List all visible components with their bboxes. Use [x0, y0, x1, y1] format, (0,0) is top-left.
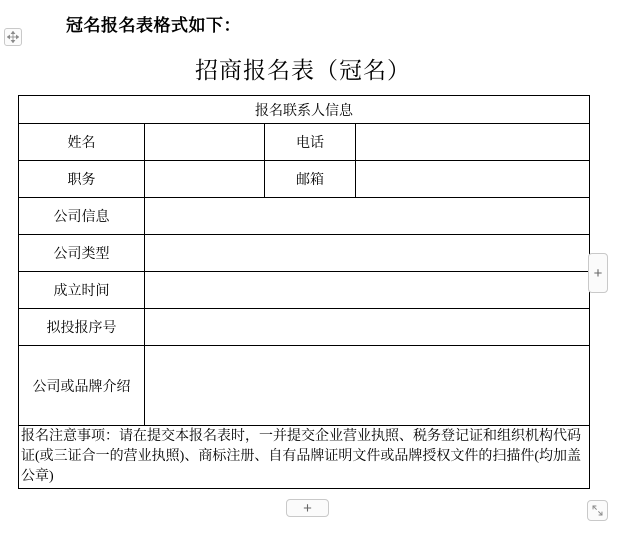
- table-row-section-header: 报名联系人信息: [19, 96, 590, 124]
- table-row-detail: 公司类型: [19, 235, 590, 272]
- input-cell-bid-number[interactable]: [145, 309, 590, 346]
- table-drag-handle[interactable]: [4, 28, 22, 46]
- label-cell-phone[interactable]: 电话: [265, 124, 356, 161]
- table-row-contact: 职务 邮箱: [19, 161, 590, 198]
- input-cell-company-info[interactable]: [145, 198, 590, 235]
- plus-icon: +: [594, 265, 603, 282]
- move-icon: [7, 31, 19, 43]
- table-row-detail: 拟投报序号: [19, 309, 590, 346]
- editor-canvas: 冠名报名表格式如下： 招商报名表（冠名） 报名联系人信息 姓名 电话 职务 邮箱: [0, 0, 627, 536]
- table-row-detail: 成立时间: [19, 272, 590, 309]
- input-cell-email[interactable]: [356, 161, 590, 198]
- label-cell-founding-date[interactable]: 成立时间: [19, 272, 145, 309]
- label-cell-name[interactable]: 姓名: [19, 124, 145, 161]
- table-row-note: 报名注意事项：请在提交本报名表时，一并提交企业营业执照、税务登记证和组织机构代码…: [19, 426, 590, 489]
- input-cell-name[interactable]: [145, 124, 265, 161]
- label-cell-company-brand-intro[interactable]: 公司或品牌介绍: [19, 346, 145, 426]
- label-cell-company-type[interactable]: 公司类型: [19, 235, 145, 272]
- add-row-button[interactable]: +: [286, 499, 329, 517]
- input-cell-phone[interactable]: [356, 124, 590, 161]
- label-cell-position[interactable]: 职务: [19, 161, 145, 198]
- table-resize-handle[interactable]: [587, 500, 608, 521]
- label-cell-company-info[interactable]: 公司信息: [19, 198, 145, 235]
- plus-icon: +: [303, 500, 312, 517]
- resize-icon: [591, 504, 604, 517]
- label-cell-bid-number[interactable]: 拟投报序号: [19, 309, 145, 346]
- form-title: 招商报名表（冠名）: [18, 52, 588, 85]
- table-row-detail: 公司信息: [19, 198, 590, 235]
- input-cell-position[interactable]: [145, 161, 265, 198]
- label-cell-email[interactable]: 邮箱: [265, 161, 356, 198]
- header-cell-contact-info[interactable]: 报名联系人信息: [19, 96, 590, 124]
- add-column-button[interactable]: +: [588, 253, 608, 293]
- input-cell-company-brand-intro[interactable]: [145, 346, 590, 426]
- note-cell[interactable]: 报名注意事项：请在提交本报名表时，一并提交企业营业执照、税务登记证和组织机构代码…: [19, 426, 590, 489]
- input-cell-founding-date[interactable]: [145, 272, 590, 309]
- table-row-contact: 姓名 电话: [19, 124, 590, 161]
- table-row-detail: 公司或品牌介绍: [19, 346, 590, 426]
- input-cell-company-type[interactable]: [145, 235, 590, 272]
- registration-table: 报名联系人信息 姓名 电话 职务 邮箱 公司信息 公司类型: [18, 95, 590, 489]
- section-heading: 冠名报名表格式如下：: [66, 11, 241, 36]
